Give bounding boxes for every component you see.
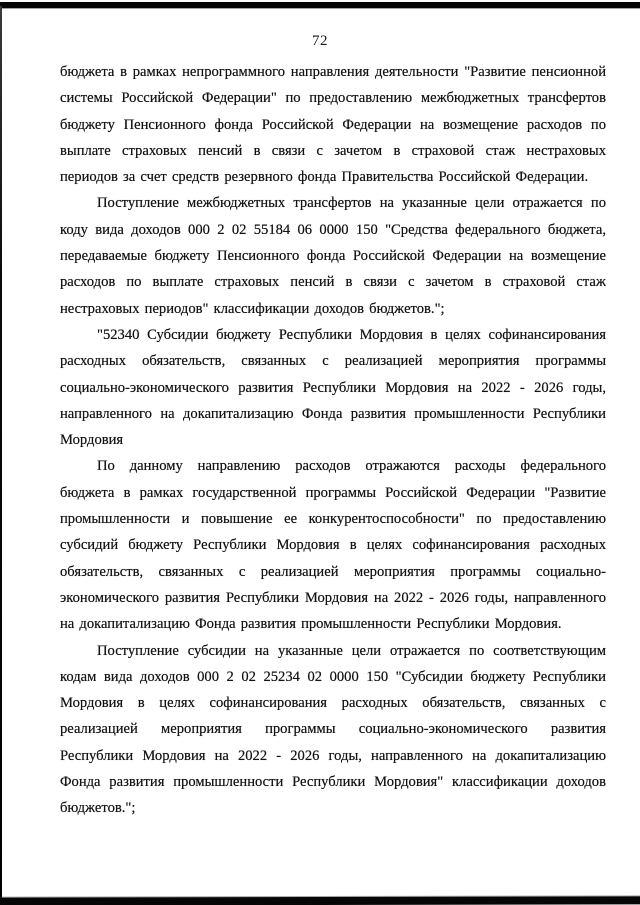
scan-artifact-left-edge-line: [0, 6, 2, 899]
scan-artifact-bottom-bar: [0, 896, 640, 905]
paragraph-52340-subsidy-mordovia: "52340 Субсидии бюджету Республики Мордо…: [60, 322, 606, 453]
paragraph-income-code-25234: Поступление субсидии на указанные цели о…: [60, 638, 606, 822]
document-page: 72 бюджета в рамках непрограммного напра…: [0, 0, 640, 905]
page-number: 72: [0, 33, 640, 50]
paragraph-income-code-55184: Поступление межбюджетных трансфертов на …: [60, 190, 606, 321]
document-body: бюджета в рамках непрограммного направле…: [60, 59, 606, 822]
paragraph-continuation-pension-fund: бюджета в рамках непрограммного направле…: [60, 59, 606, 190]
paragraph-expense-direction-industry-program: По данному направлению расходов отражают…: [60, 453, 606, 637]
scan-artifact-top-bar: [0, 2, 640, 8]
